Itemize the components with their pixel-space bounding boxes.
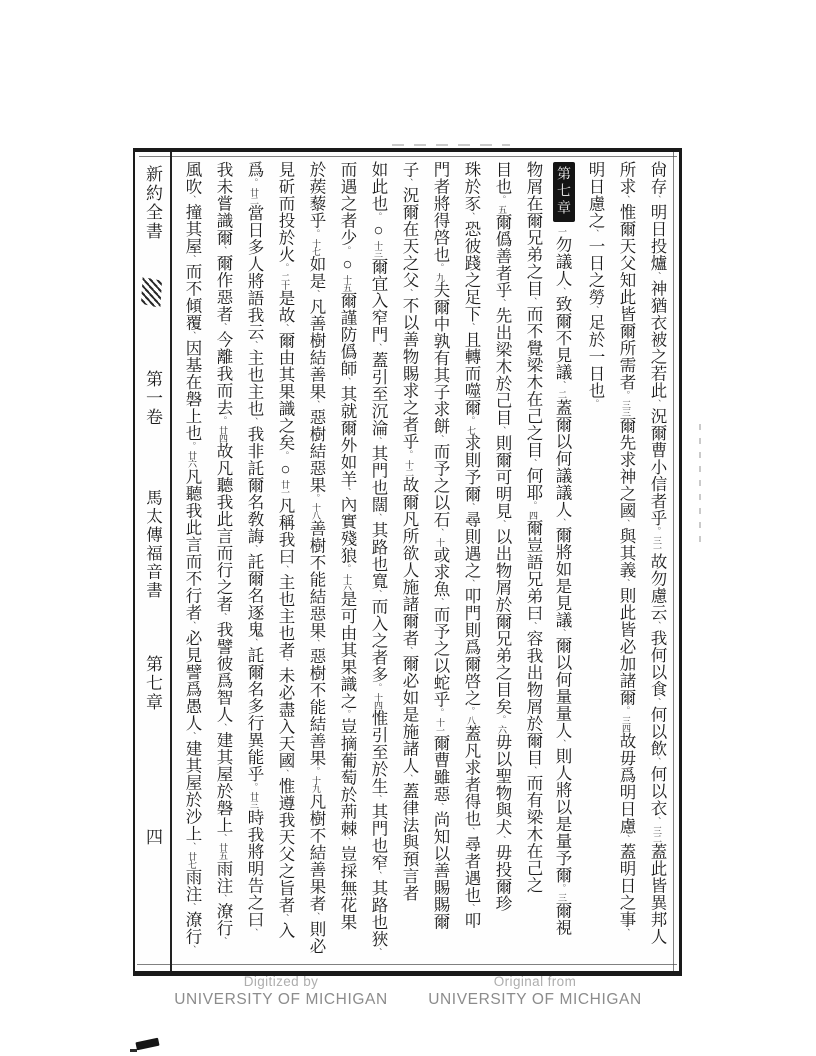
punctuation-mark: 、 [621, 195, 631, 204]
text-column: 第七章一勿議人、致爾不見議、二蓋爾以何議議人、爾將如是見議、爾以何量量人、則人將… [551, 161, 577, 963]
chapter-label: 第七章 [140, 655, 165, 712]
verse-number: 一 [557, 227, 567, 235]
punctuation-mark: 。 [280, 263, 290, 272]
original-from-org: UNIVERSITY OF MICHIGAN [420, 991, 650, 1009]
punctuation-mark: 、 [187, 842, 197, 851]
verse-number: 廿四 [218, 426, 228, 442]
punctuation-mark: 、 [311, 290, 321, 299]
verse-number: 十八 [311, 503, 321, 519]
verse-number: 五 [497, 205, 507, 213]
punctuation-mark: 、 [218, 723, 228, 732]
verse-number: 廿一 [280, 480, 290, 496]
punctuation-mark: 、 [342, 488, 352, 497]
punctuation-mark: 、 [280, 324, 290, 333]
page-number: 四 [140, 828, 165, 847]
scan-artifact-blob [135, 1038, 159, 1051]
punctuation-mark: 、 [435, 803, 445, 812]
verse-number: 八 [466, 716, 476, 724]
punctuation-mark: 、 [280, 914, 290, 923]
punctuation-mark: 。 [373, 212, 383, 221]
hatch-scribble-mark [141, 277, 162, 308]
punctuation-mark: 、 [590, 306, 600, 315]
scan-artifact-speck [130, 1049, 137, 1052]
punctuation-mark: 、 [528, 766, 538, 775]
punctuation-mark: 、 [557, 629, 567, 638]
punctuation-mark: 、 [218, 613, 228, 622]
punctuation-mark: 、 [373, 513, 383, 522]
punctuation-mark: 、 [497, 426, 507, 435]
verse-number: 三三 [621, 400, 631, 416]
punctuation-mark: 、 [466, 323, 476, 332]
verse-number: 三四 [621, 716, 631, 732]
punctuation-mark: 、 [528, 622, 538, 631]
verse-number: 二十 [280, 273, 290, 289]
punctuation-mark: 、 [497, 520, 507, 529]
punctuation-mark: 、 [466, 212, 476, 221]
punctuation-mark: 。 [404, 450, 414, 459]
original-from-label: Original from [420, 974, 650, 989]
verse-number: 十 [435, 538, 445, 546]
punctuation-mark: 、 [187, 331, 197, 340]
punctuation-mark: 。 [435, 263, 445, 272]
punctuation-mark: 、 [187, 732, 197, 741]
punctuation-mark: 。 [497, 195, 507, 204]
text-column: 爲。廿二當日多人將語我云、主也主也、我非託爾名敎誨、託爾名逐鬼、託爾名多行異能乎… [241, 161, 267, 963]
digitized-by-org: UNIVERSITY OF MICHIGAN [166, 991, 396, 1009]
verse-number: 三一 [652, 536, 662, 552]
punctuation-mark: 、 [373, 590, 383, 599]
digitized-by-credit: Digitized by UNIVERSITY OF MICHIGAN [166, 974, 396, 1009]
punctuation-mark: 、 [218, 246, 228, 255]
punctuation-mark: 、 [218, 937, 228, 946]
scan-artifact-top-dashes [392, 144, 510, 146]
punctuation-mark: 。 [466, 416, 476, 425]
punctuation-mark: 、 [187, 195, 197, 204]
frame-inner-rule-top [139, 156, 677, 157]
text-column: 門者將得啓也。九夫爾中孰有其子求餅、而予之以石、十或求魚、而予之以蛇乎。十一爾曹… [427, 161, 453, 963]
punctuation-mark: 、 [280, 565, 290, 574]
text-column: 子、況爾在天之父、不以善物賜求之者乎。十二故爾凡所欲人施諸爾者、爾必如是施諸人、… [396, 161, 422, 963]
verse-number: 七 [466, 426, 476, 434]
punctuation-mark: 。 [342, 710, 352, 719]
punctuation-mark: 、 [311, 912, 321, 921]
punctuation-mark: 、 [621, 835, 631, 844]
punctuation-mark: 、 [557, 739, 567, 748]
verse-number: 廿七 [187, 852, 197, 868]
punctuation-mark: 、 [557, 287, 567, 296]
text-column: 見斫而投於火。二十是故、爾由其果識之矣。○廿一凡稱我曰、主也主也者、未必盡入天國… [272, 161, 298, 963]
punctuation-mark: 。 [557, 884, 567, 893]
punctuation-mark: 、 [187, 903, 197, 912]
punctuation-mark: 、 [342, 377, 352, 386]
original-from-credit: Original from UNIVERSITY OF MICHIGAN [420, 974, 650, 1009]
punctuation-mark: 、 [187, 945, 197, 954]
punctuation-mark: 。 [590, 399, 600, 408]
punctuation-mark: 、 [435, 598, 445, 607]
punctuation-mark: 。 [218, 416, 228, 425]
punctuation-mark: 。 [311, 494, 321, 503]
punctuation-mark: 、 [652, 621, 662, 630]
punctuation-mark: 、 [373, 948, 383, 957]
punctuation-mark: 。 [311, 767, 321, 776]
punctuation-mark: 、 [404, 647, 414, 656]
punctuation-mark: 、 [435, 528, 445, 537]
punctuation-mark: 。 [342, 246, 352, 255]
verse-number: 廿三 [249, 792, 259, 808]
punctuation-mark: 、 [528, 297, 538, 306]
text-column: 如此也。○十三爾宜入窄門、蓋引至沉淪、其門也闊、其路也寬、而入之者多。十四惟引至… [365, 161, 391, 963]
punctuation-mark: 、 [621, 928, 631, 937]
punctuation-mark: 。 [249, 783, 259, 792]
punctuation-mark: 、 [404, 178, 414, 187]
punctuation-mark: 。 [187, 442, 197, 451]
verse-number: 十九 [311, 776, 321, 792]
verse-number: 四 [528, 511, 538, 519]
text-column: 明日慮之、一日之勞、足於一日也。 [582, 161, 608, 963]
punctuation-mark: 。 [497, 715, 507, 724]
verse-number: 三二 [652, 826, 662, 842]
punctuation-mark: 、 [373, 437, 383, 446]
punctuation-mark: 。 [621, 391, 631, 400]
frame-inner-rule-bottom [137, 964, 677, 965]
punctuation-mark: 、 [311, 400, 321, 409]
punctuation-mark: 、 [557, 518, 567, 527]
verse-number: 廿五 [218, 843, 228, 859]
punctuation-mark: 、 [249, 417, 259, 426]
verse-number: 二 [557, 390, 567, 398]
scan-artifact-margin-dashes [699, 424, 701, 549]
text-column: 目也。五爾僞善者乎、先出梁木於己目、則爾可明見、以出物屑於爾兄弟之目矣。六毋以聖… [489, 161, 515, 963]
punctuation-mark: 、 [528, 459, 538, 468]
punctuation-mark: 。 [373, 683, 383, 692]
punctuation-mark: 、 [249, 638, 259, 647]
punctuation-mark: 。 [652, 527, 662, 536]
title-sidebar: 新約全書 第一卷 馬太傳福音書 第七章 四 [135, 152, 172, 971]
punctuation-mark: 、 [404, 774, 414, 783]
text-columns: 尙存、明日投爐、神猶衣被之若此、況爾曹小信者乎。三一故勿慮云、我何以食、何以飲、… [173, 161, 670, 963]
punctuation-mark: 、 [466, 579, 476, 588]
text-column: 珠於豕、恐彼踐之足下、且轉而噬爾。七求則予爾、尋則遇之、叩門則爲爾啓之。八蓋凡求… [458, 161, 484, 963]
verse-number: 十二 [404, 460, 414, 476]
verse-number: 三 [557, 893, 567, 901]
punctuation-mark: 、 [218, 834, 228, 843]
punctuation-mark: 、 [311, 639, 321, 648]
punctuation-mark: 、 [249, 341, 259, 350]
frame-inner-rule-right [673, 152, 674, 971]
text-column: 而遇之者少。○十五爾謹防僞師、其就爾外如羊、內實殘狼。十六是可由其果識之。豈摘葡… [334, 161, 360, 963]
text-column: 風吹、撞其屋、而不傾覆、因基在磐上也。廿六凡聽我此言而不行者、必見譬爲愚人、建其… [179, 161, 205, 963]
punctuation-mark: 、 [404, 289, 414, 298]
punctuation-mark: 、 [652, 817, 662, 826]
punctuation-mark: 、 [497, 299, 507, 308]
punctuation-mark: 、 [435, 435, 445, 444]
punctuation-mark: 、 [652, 195, 662, 204]
punctuation-mark: 、 [497, 836, 507, 845]
punctuation-mark: 、 [280, 769, 290, 778]
punctuation-mark: 、 [280, 659, 290, 668]
text-column: 尙存、明日投爐、神猶衣被之若此、況爾曹小信者乎。三一故勿慮云、我何以食、何以飲、… [644, 161, 670, 963]
verse-number: 九 [435, 273, 445, 281]
verse-number: 六 [497, 725, 507, 733]
punctuation-mark: 、 [652, 272, 662, 281]
scanned-book-page: 新約全書 第一卷 馬太傳福音書 第七章 四 尙存、明日投爐、神猶衣被之若此、況爾… [0, 0, 816, 1056]
punctuation-mark: 、 [373, 871, 383, 880]
punctuation-mark: 、 [218, 894, 228, 903]
text-column: 我未嘗識爾、爾作惡者、今離我而去。廿四故凡聽我此言而行之者、我譬彼爲智人、建其屋… [210, 161, 236, 963]
punctuation-mark: 、 [590, 229, 600, 238]
punctuation-mark: 、 [373, 343, 383, 352]
punctuation-mark: 、 [187, 255, 197, 264]
punctuation-mark: 、 [652, 399, 662, 408]
volume-label: 第一卷 [140, 370, 165, 427]
punctuation-mark: 、 [466, 827, 476, 836]
text-column: 所求、惟爾天父知此皆爾所需者。三三爾先求神之國、與其義、則此皆必加諸爾。三四故毋… [613, 161, 639, 963]
verse-number: 十一 [435, 718, 445, 734]
punctuation-mark: 、 [249, 928, 259, 937]
punctuation-mark: 。 [466, 707, 476, 716]
punctuation-mark: 、 [187, 621, 197, 630]
punctuation-mark: 、 [621, 519, 631, 528]
text-column: 物屑在爾兄弟之目、而不覺梁木在己之目、何耶。四爾豈語兄弟曰、容我出物屑於爾目、而… [520, 161, 546, 963]
punctuation-mark: 、 [342, 837, 352, 846]
punctuation-mark: 。 [249, 178, 259, 187]
verse-number: 廿六 [187, 451, 197, 467]
section-title: 馬太傳福音書 [141, 489, 165, 600]
punctuation-mark: 、 [466, 503, 476, 512]
punctuation-mark: 、 [249, 545, 259, 554]
punctuation-mark: 、 [218, 323, 228, 332]
punctuation-mark: 、 [621, 579, 631, 588]
punctuation-mark: 。 [280, 451, 290, 460]
punctuation-mark: 、 [652, 757, 662, 766]
punctuation-mark: 、 [652, 698, 662, 707]
punctuation-mark: 、 [373, 795, 383, 804]
chapter-heading-box: 第七章 [553, 162, 575, 222]
punctuation-mark: 。 [342, 564, 352, 573]
punctuation-mark: 。 [311, 229, 321, 238]
punctuation-mark: 、 [466, 904, 476, 913]
book-title: 新約全書 [140, 165, 165, 241]
verse-number: 十五 [342, 275, 352, 291]
punctuation-mark: 。 [528, 501, 538, 510]
text-column: 於蒺藜乎。十七如是、凡善樹結善果、惡樹結惡果。十八善樹不能結惡果、惡樹不能結善果… [303, 161, 329, 963]
verse-number: 十六 [342, 574, 352, 590]
punctuation-mark: 、 [557, 381, 567, 390]
digitized-by-label: Digitized by [166, 974, 396, 989]
verse-number: 十七 [311, 239, 321, 255]
page-frame-border: 新約全書 第一卷 馬太傳福音書 第七章 四 尙存、明日投爐、神猶衣被之若此、況爾… [133, 148, 682, 976]
verse-number: 十四 [373, 693, 383, 709]
punctuation-mark: 。 [621, 706, 631, 715]
verse-number: 廿二 [249, 188, 259, 204]
verse-number: 十三 [373, 241, 383, 257]
punctuation-mark: 。 [435, 708, 445, 717]
